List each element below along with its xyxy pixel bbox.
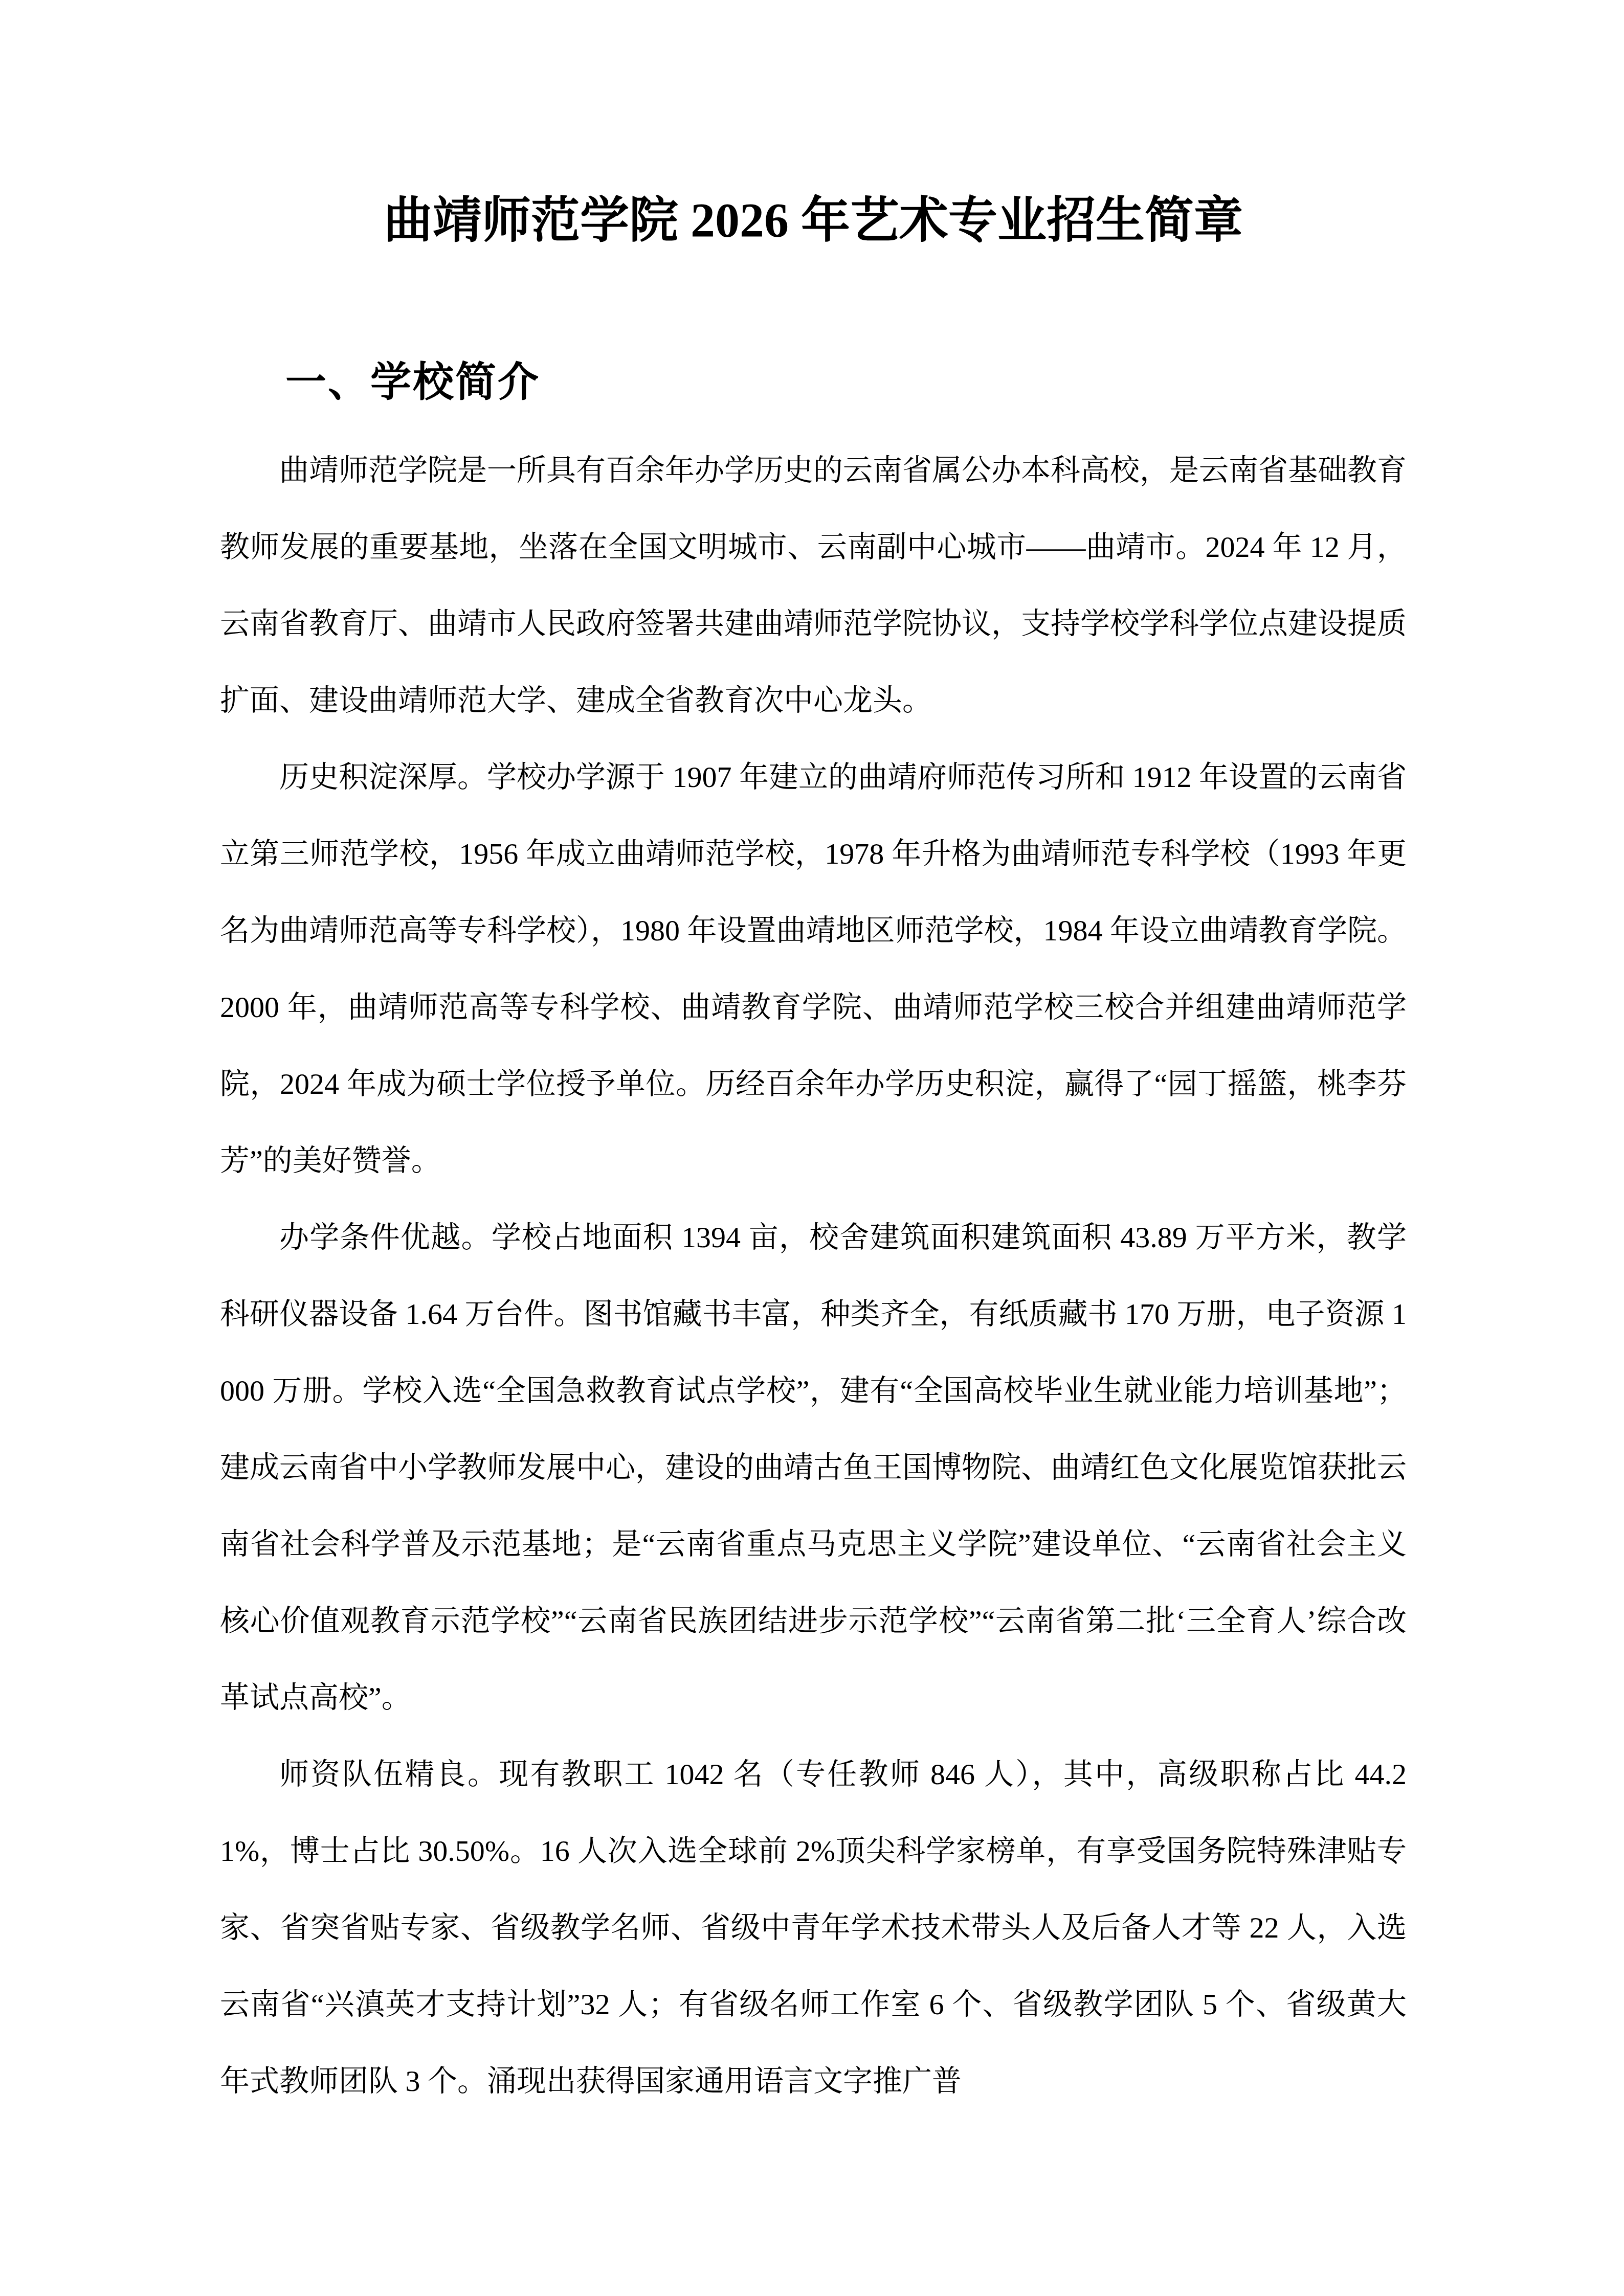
paragraph: 曲靖师范学院是一所具有百余年办学历史的云南省属公办本科高校，是云南省基础教育教师… <box>220 432 1407 739</box>
document-body: 曲靖师范学院是一所具有百余年办学历史的云南省属公办本科高校，是云南省基础教育教师… <box>220 432 1407 2120</box>
document-page: 曲靖师范学院 2026 年艺术专业招生简章 一、学校简介 曲靖师范学院是一所具有… <box>0 0 1624 2296</box>
section-heading: 一、学校简介 <box>285 354 1407 410</box>
document-title: 曲靖师范学院 2026 年艺术专业招生简章 <box>220 187 1407 254</box>
paragraph: 办学条件优越。学校占地面积 1394 亩，校舍建筑面积建筑面积 43.89 万平… <box>220 1199 1407 1736</box>
paragraph: 历史积淀深厚。学校办学源于 1907 年建立的曲靖府师范传习所和 1912 年设… <box>220 739 1407 1199</box>
paragraph: 师资队伍精良。现有教职工 1042 名（专任教师 846 人），其中，高级职称占… <box>220 1736 1407 2120</box>
